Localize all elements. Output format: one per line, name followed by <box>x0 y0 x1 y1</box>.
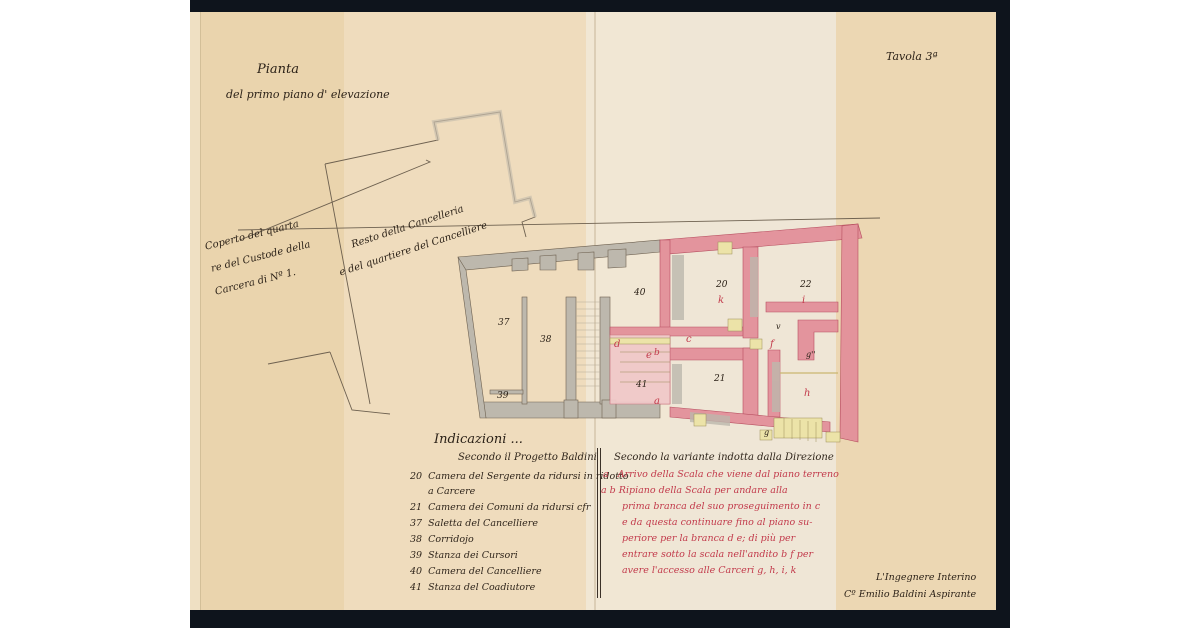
plan-title: Pianta <box>257 62 299 77</box>
key-b: b <box>654 348 660 358</box>
legend-text: e da questa continuare fino al piano su- <box>622 517 812 528</box>
key-c: c <box>686 334 692 345</box>
legend-num: 41 <box>410 582 422 593</box>
legend-text: Stanza del Coadiutore <box>428 582 535 593</box>
legend-text: prima branca del suo proseguimento in c <box>622 501 820 512</box>
legend-right-heading: Secondo la variante indotta dalla Direzi… <box>614 452 834 463</box>
legend-text: periore per la branca d e; di più per <box>622 533 795 544</box>
legend-left-item: 37 Saletta del Cancelliere <box>410 518 538 529</box>
legend-num: 40 <box>410 566 422 577</box>
key-g2: g'' <box>806 350 816 359</box>
legend-text: avere l'accesso alle Carceri g, h, i, k <box>622 565 796 576</box>
legend-text: Stanza dei Cursori <box>428 550 518 561</box>
key-v: v <box>776 322 781 331</box>
key-h: h <box>804 388 810 399</box>
legend-left-item: 20 Camera del Sergente da ridursi in rid… <box>410 471 629 482</box>
room-41: 41 <box>636 380 647 390</box>
legend-num: 38 <box>410 534 422 545</box>
legend-left-item: a Carcere <box>428 486 475 497</box>
key-e: e <box>646 350 652 361</box>
legend-num: 39 <box>410 550 422 561</box>
legend-right-item: e da questa continuare fino al piano su- <box>622 517 812 528</box>
key-i: i <box>802 295 805 306</box>
legend-text: a Carcere <box>428 486 475 497</box>
signature-line-2: Cº Emilio Baldini Aspirante <box>844 589 976 600</box>
drawing-sheet: Pianta del primo piano d' elevazione Tav… <box>190 12 996 610</box>
legend-text: Saletta del Cancelliere <box>428 518 538 529</box>
plate-number: Tavola 3ª <box>886 50 938 63</box>
room-22: 22 <box>800 280 811 290</box>
legend-heading: Indicazioni ... <box>434 432 523 447</box>
legend-num: 21 <box>410 502 422 513</box>
key-k: k <box>718 295 724 306</box>
legend-text: Arrivo della Scala che viene dal piano t… <box>618 469 839 480</box>
legend-num: 20 <box>410 471 422 482</box>
room-40: 40 <box>634 288 645 298</box>
legend-right-item: prima branca del suo proseguimento in c <box>622 501 820 512</box>
legend-num: 37 <box>410 518 422 529</box>
legend-key: a <box>603 469 609 480</box>
key-d: d <box>614 339 620 350</box>
floor-plan <box>190 12 996 610</box>
room-21: 21 <box>714 374 725 384</box>
legend-text: Corridojo <box>428 534 474 545</box>
legend-text: Camera dei Comuni da ridursi cfr <box>428 502 590 513</box>
legend-right-item: a Arrivo della Scala che viene dal piano… <box>603 469 839 480</box>
plot-line <box>238 218 880 230</box>
legend-text: Camera del Sergente da ridursi in ridott… <box>428 471 628 482</box>
key-f: f <box>770 339 774 350</box>
legend-key: a b <box>601 485 616 496</box>
plan-subtitle: del primo piano d' elevazione <box>226 88 390 101</box>
legend-left-item: 41 Stanza del Coadiutore <box>410 582 535 593</box>
legend-left-item: 39 Stanza dei Cursori <box>410 550 518 561</box>
legend-text: Camera del Cancelliere <box>428 566 541 577</box>
legend-text: entrare sotto la scala nell'andito b f p… <box>622 549 813 560</box>
key-a: a <box>654 396 660 407</box>
legend-left-heading: Secondo il Progetto Baldini <box>458 452 597 463</box>
legend-left-item: 38 Corridojo <box>410 534 474 545</box>
key-g: g <box>764 428 769 437</box>
legend-left-item: 21 Camera dei Comuni da ridursi cfr <box>410 502 590 513</box>
room-20: 20 <box>716 280 727 290</box>
room-39: 39 <box>497 391 508 401</box>
signature-line-1: L'Ingegnere Interino <box>876 572 976 583</box>
legend-right-item: entrare sotto la scala nell'andito b f p… <box>622 549 813 560</box>
legend-text: Ripiano della Scala per andare alla <box>619 485 788 496</box>
legend-right-item: a b Ripiano della Scala per andare alla <box>601 485 788 496</box>
legend-left-item: 40 Camera del Cancelliere <box>410 566 542 577</box>
legend-right-item: periore per la branca d e; di più per <box>622 533 795 544</box>
legend-right-item: avere l'accesso alle Carceri g, h, i, k <box>622 565 796 576</box>
room-37: 37 <box>498 318 509 328</box>
room-38: 38 <box>540 335 551 345</box>
